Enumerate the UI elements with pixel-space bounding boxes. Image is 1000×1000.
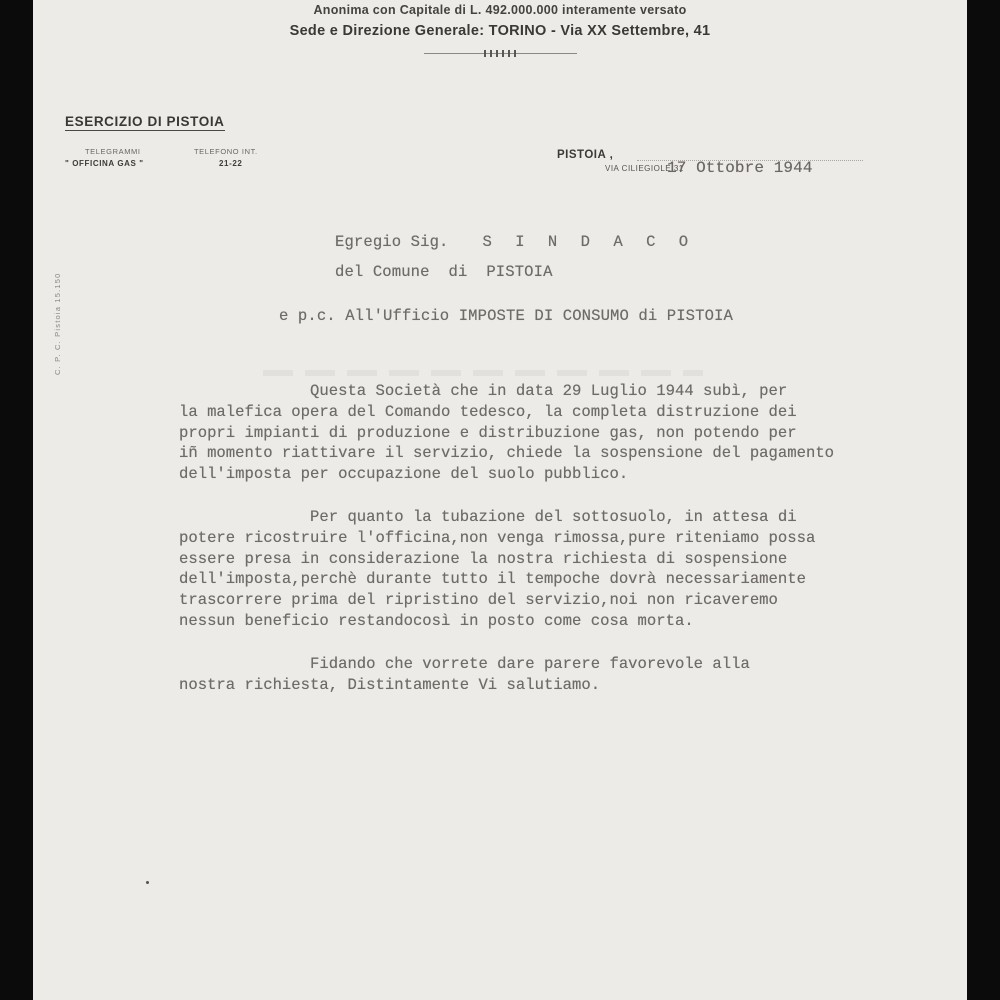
paragraph-line: nessun beneficio restandocosì in posto c… [179, 611, 815, 632]
recipient-line-2: del Comune di PISTOIA [335, 262, 553, 283]
paragraph-line: Fidando che vorrete dare parere favorevo… [179, 654, 750, 675]
paragraph-line: la malefica opera del Comando tedesco, l… [179, 402, 834, 423]
ornament-dots-icon [484, 50, 516, 57]
telefono-value: 21-22 [219, 159, 242, 168]
recipient-salutation: Egregio Sig. [335, 233, 449, 251]
letterhead-capital-line: Anonima con Capitale di L. 492.000.000 i… [33, 3, 967, 17]
telegrammi-value: " OFFICINA GAS " [65, 159, 144, 168]
paragraph-line: potere ricostruire l'officina,non venga … [179, 528, 815, 549]
paragraph-1: Questa Società che in data 29 Luglio 194… [179, 381, 834, 485]
paragraph-line: iñ momento riattivare il servizio, chied… [179, 443, 834, 464]
paragraph-line: Questa Società che in data 29 Luglio 194… [179, 381, 834, 402]
paragraph-line: dell'imposta per occupazione del suolo p… [179, 464, 834, 485]
letterhead-ornament-divider [424, 53, 577, 54]
paragraph-line: propri impianti di produzione e distribu… [179, 423, 834, 444]
telegrammi-label: TELEGRAMMI [85, 147, 141, 156]
paragraph-3: Fidando che vorrete dare parere favorevo… [179, 654, 750, 696]
place-label: PISTOIA , [557, 149, 613, 161]
office-title: ESERCIZIO DI PISTOIA [65, 114, 225, 131]
side-printer-mark: C. P. C. Pistoia 15.150 [53, 272, 62, 375]
letter-date: 17 Ottobre 1944 [667, 158, 813, 179]
document-page: Anonima con Capitale di L. 492.000.000 i… [33, 0, 967, 1000]
paper-speck [146, 881, 149, 884]
recipient-title: S I N D A C O [483, 233, 696, 251]
recipient-line-1: Egregio Sig.S I N D A C O [335, 232, 695, 253]
paragraph-line: trascorrere prima del ripristino del ser… [179, 590, 815, 611]
telefono-label: TELEFONO INT. [194, 147, 258, 156]
paragraph-line: essere presa in considerazione la nostra… [179, 549, 815, 570]
paragraph-line: nostra richiesta, Distintamente Vi salut… [179, 675, 750, 696]
letterhead-sede-line: Sede e Direzione Generale: TORINO - Via … [33, 23, 967, 39]
recipient-cc-line: e p.c. All'Ufficio IMPOSTE DI CONSUMO di… [279, 306, 733, 327]
paragraph-line: Per quanto la tubazione del sottosuolo, … [179, 507, 815, 528]
paragraph-line: dell'imposta,perchè durante tutto il tem… [179, 569, 815, 590]
bleed-through-mark [263, 370, 703, 376]
paragraph-2: Per quanto la tubazione del sottosuolo, … [179, 507, 815, 632]
